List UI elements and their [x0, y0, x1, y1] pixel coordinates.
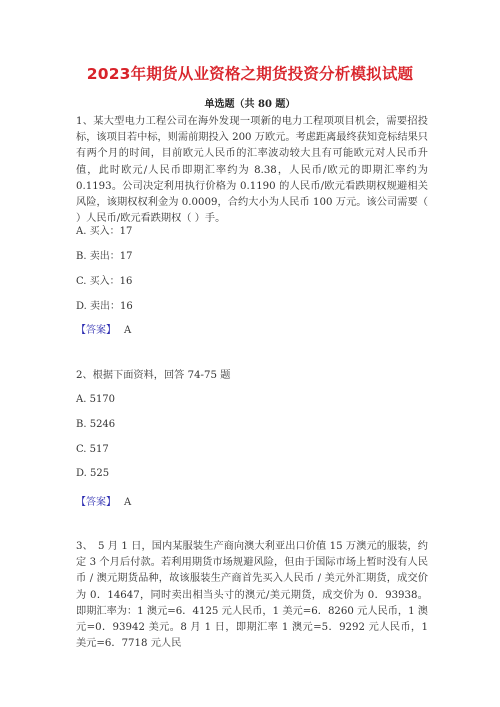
question-2-option-d: D. 525 — [76, 468, 109, 479]
section-heading: 单选题（共 80 题） — [0, 95, 500, 110]
answer-value: A — [124, 325, 131, 336]
answer-label: 【答案】 — [76, 325, 116, 336]
document-page: 2023年期货从业资格之期货投资分析模拟试题 单选题（共 80 题） 1、某大型… — [0, 0, 500, 707]
question-2-option-a: A. 5170 — [76, 394, 115, 405]
question-2-option-c: C. 517 — [76, 444, 109, 455]
question-1-answer: 【答案】A — [76, 321, 131, 336]
question-2-text: 2、根据下面资料，回答 74-75 题 — [76, 368, 428, 384]
question-2-option-b: B. 5246 — [76, 419, 115, 430]
question-1-option-c: C. 买入：16 — [76, 272, 132, 287]
question-2-answer: 【答案】A — [76, 493, 131, 508]
question-1-text: 1、某大型电力工程公司在海外发现一项新的电力工程项项目机会，需要招投标，该项目若… — [76, 114, 428, 227]
document-title: 2023年期货从业资格之期货投资分析模拟试题 — [0, 62, 500, 84]
answer-label: 【答案】 — [76, 497, 116, 508]
question-3-text: 3、 5 月 1 日，国内某服装生产商向澳大利亚出口价值 15 万澳元的服装，约… — [76, 539, 428, 652]
answer-value: A — [124, 497, 131, 508]
question-1-option-a: A. 买入：17 — [76, 222, 132, 237]
question-1-option-d: D. 卖出：16 — [76, 297, 133, 312]
question-1-option-b: B. 卖出：17 — [76, 247, 132, 262]
